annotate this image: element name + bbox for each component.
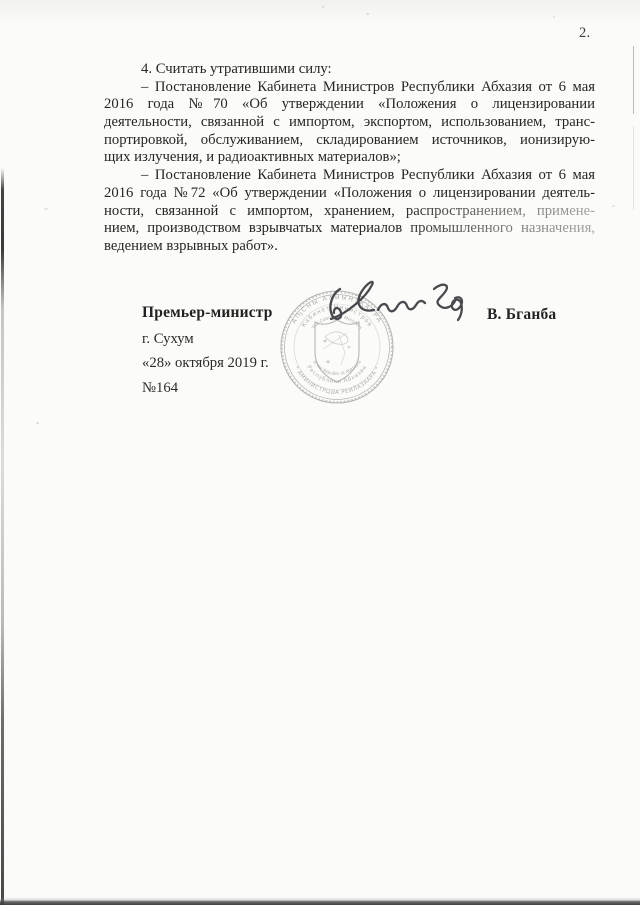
scan-speck	[612, 205, 615, 207]
body-line: 2016 года №70 «Об утверждении «Положения…	[104, 96, 595, 114]
document-city: г. Сухум	[142, 331, 194, 348]
body-line: щих излучения, и радиоактивных материало…	[104, 149, 595, 167]
seal-inner-bottom-text: of the Republic of Abkhazia	[312, 359, 362, 376]
document-registration-number: №164	[142, 380, 178, 397]
scan-artifact-left-edge	[1, 168, 4, 905]
scan-speck	[44, 208, 48, 210]
signer-name: В. Бганба	[487, 306, 556, 324]
scan-artifact-right-edge	[633, 46, 634, 114]
shield-stars: * * *	[323, 338, 351, 368]
svg-text:*: *	[326, 359, 330, 368]
page-number: 2.	[579, 25, 590, 42]
scan-noise-band	[0, 0, 640, 26]
scan-speck	[553, 16, 555, 18]
body-line: ведением взрывных работ».	[104, 238, 595, 256]
body-line: портировкой, обслуживанием, складировани…	[104, 132, 595, 150]
handwritten-signature	[318, 275, 473, 330]
body-line: деятельности, связанной с импортом, эксп…	[104, 114, 595, 132]
document-body: 4. Считать утратившими силу: – Постановл…	[104, 61, 595, 256]
svg-text:*: *	[323, 338, 327, 347]
scan-speck	[322, 6, 324, 8]
scan-artifact-right-edge	[633, 126, 634, 210]
body-line: нием, производством взрывчатых материало…	[104, 220, 595, 238]
body-line: 2016 года №72 «Об утверждении «Положения…	[104, 185, 595, 203]
body-line: ности, связанной с импортом, хранением, …	[104, 203, 595, 221]
body-line: 4. Считать утратившими силу:	[104, 61, 595, 79]
body-line: – Постановление Кабинета Министров Респу…	[104, 167, 595, 185]
scan-speck	[36, 422, 39, 424]
document-date: «28» октября 2019 г.	[142, 355, 269, 372]
signer-title: Премьер-министр	[142, 304, 273, 322]
svg-text:*: *	[348, 345, 351, 352]
scanned-document-page: 2. 4. Считать утратившими силу: – Постан…	[0, 0, 640, 905]
scan-speck	[366, 13, 369, 15]
svg-text:of the Republic of Abkhazia: of the Republic of Abkhazia	[312, 359, 362, 376]
body-line: – Постановление Кабинета Министров Респу…	[104, 79, 595, 97]
scan-artifact-bottom-edge	[0, 897, 640, 905]
